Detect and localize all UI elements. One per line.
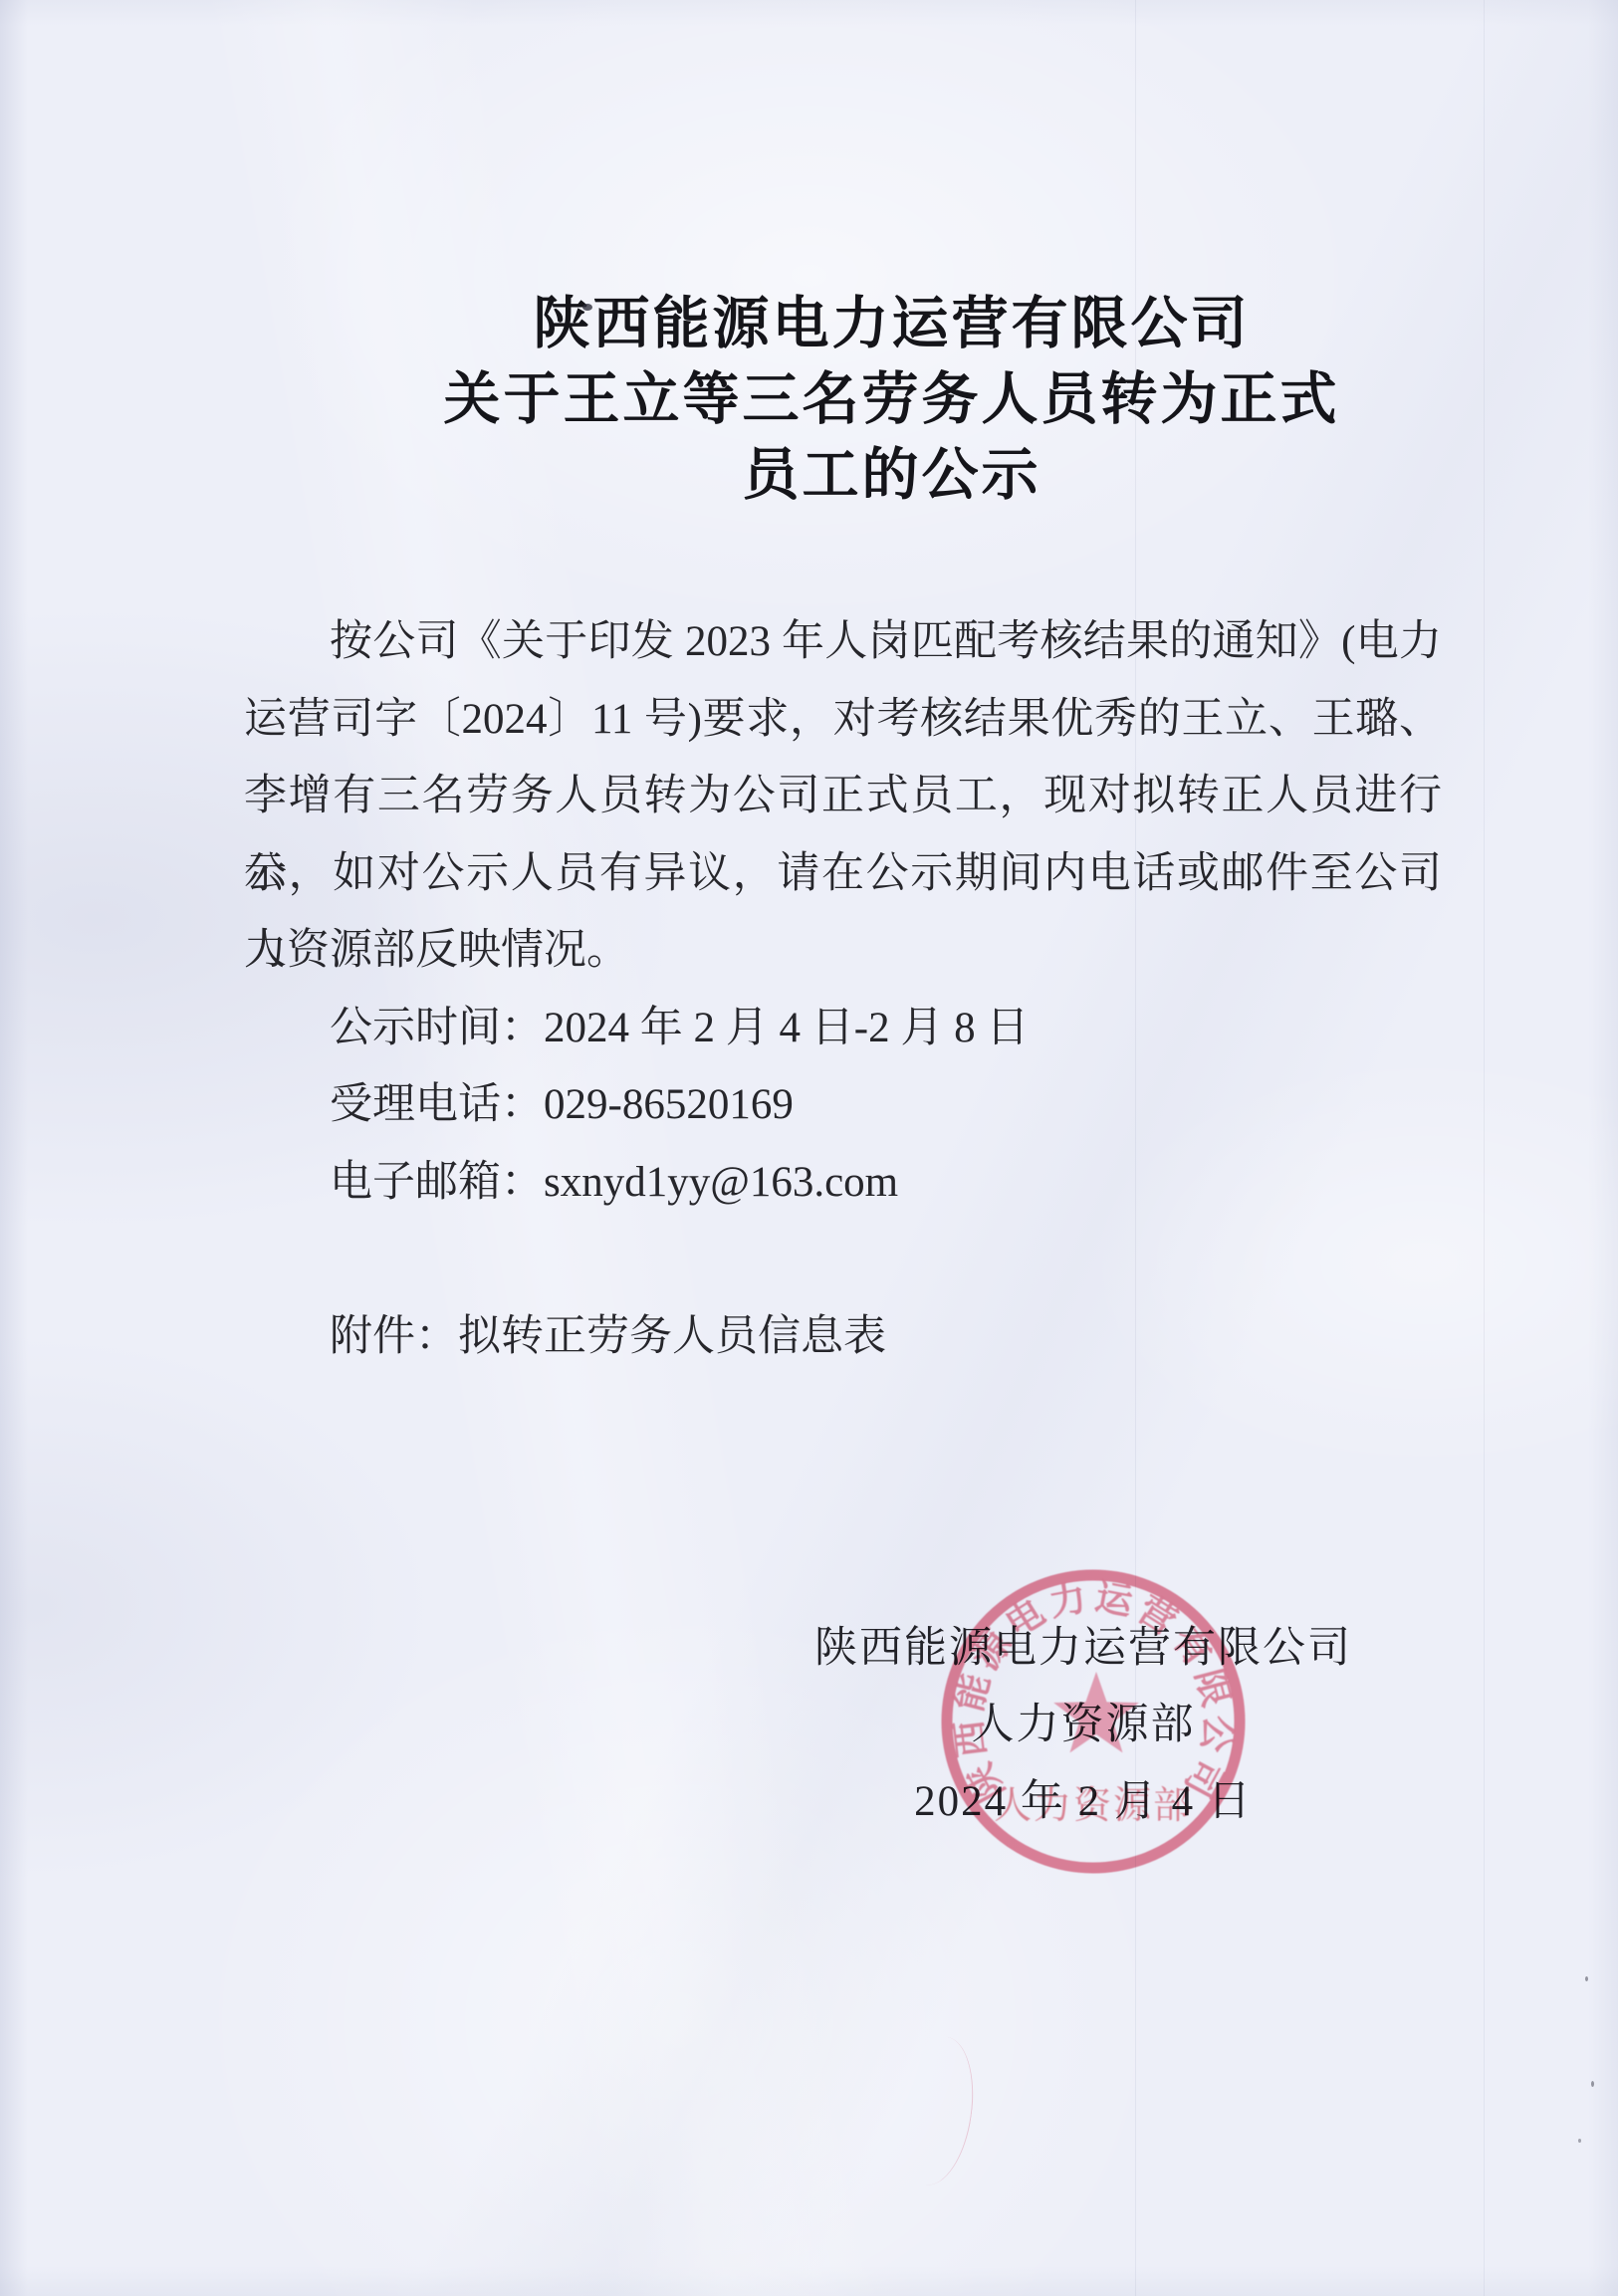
body-line: 电子邮箱：sxnyd1yy@163.com: [244, 1144, 1442, 1222]
body-line: 运营司字〔2024〕11 号)要求，对考核结果优秀的王立、王璐、: [244, 681, 1442, 759]
faint-ink-hairline: [891, 2032, 982, 2189]
body-line: 李增有三名劳务人员转为公司正式员工，现对拟转正人员进行公: [244, 758, 1442, 835]
body-line: 受理电话：029-86520169: [244, 1066, 1442, 1144]
title-line: 陕西能源电力运营有限公司: [165, 287, 1618, 362]
signature-date: 2024 年 2 月 4 日: [697, 1763, 1470, 1840]
paper-speck: [1591, 2081, 1594, 2087]
signature-company: 陕西能源电力运营有限公司: [697, 1610, 1470, 1687]
paper-speck: [582, 304, 592, 311]
document-title: 陕西能源电力运营有限公司关于王立等三名劳务人员转为正式员工的公示: [165, 287, 1618, 514]
title-line: 关于王立等三名劳务人员转为正式: [165, 362, 1618, 438]
signature-block: 陕西能源电力运营有限公司 人力资源部 2024 年 2 月 4 日: [697, 1610, 1470, 1840]
body-line: 附件：拟转正劳务人员信息表: [244, 1298, 1442, 1376]
body-line: 示，如对公示人员有异议，请在公示期间内电话或邮件至公司人: [244, 835, 1442, 913]
paper-speck: [1578, 2139, 1581, 2143]
title-line: 员工的公示: [165, 438, 1618, 514]
body-line: [244, 1221, 1442, 1298]
body-line: 力资源部反映情况。: [244, 912, 1442, 990]
scanned-document-page: 陕西能源电力运营有限公司关于王立等三名劳务人员转为正式员工的公示 按公司《关于印…: [0, 0, 1618, 2296]
body-line: 按公司《关于印发 2023 年人岗匹配考核结果的通知》(电力: [244, 603, 1442, 681]
body-line: 公示时间：2024 年 2 月 4 日-2 月 8 日: [244, 990, 1442, 1067]
signature-department: 人力资源部: [697, 1687, 1470, 1763]
body-paragraph: 按公司《关于印发 2023 年人岗匹配考核结果的通知》(电力运营司字〔2024〕…: [244, 603, 1442, 1375]
paper-speck: [1585, 1976, 1588, 1981]
